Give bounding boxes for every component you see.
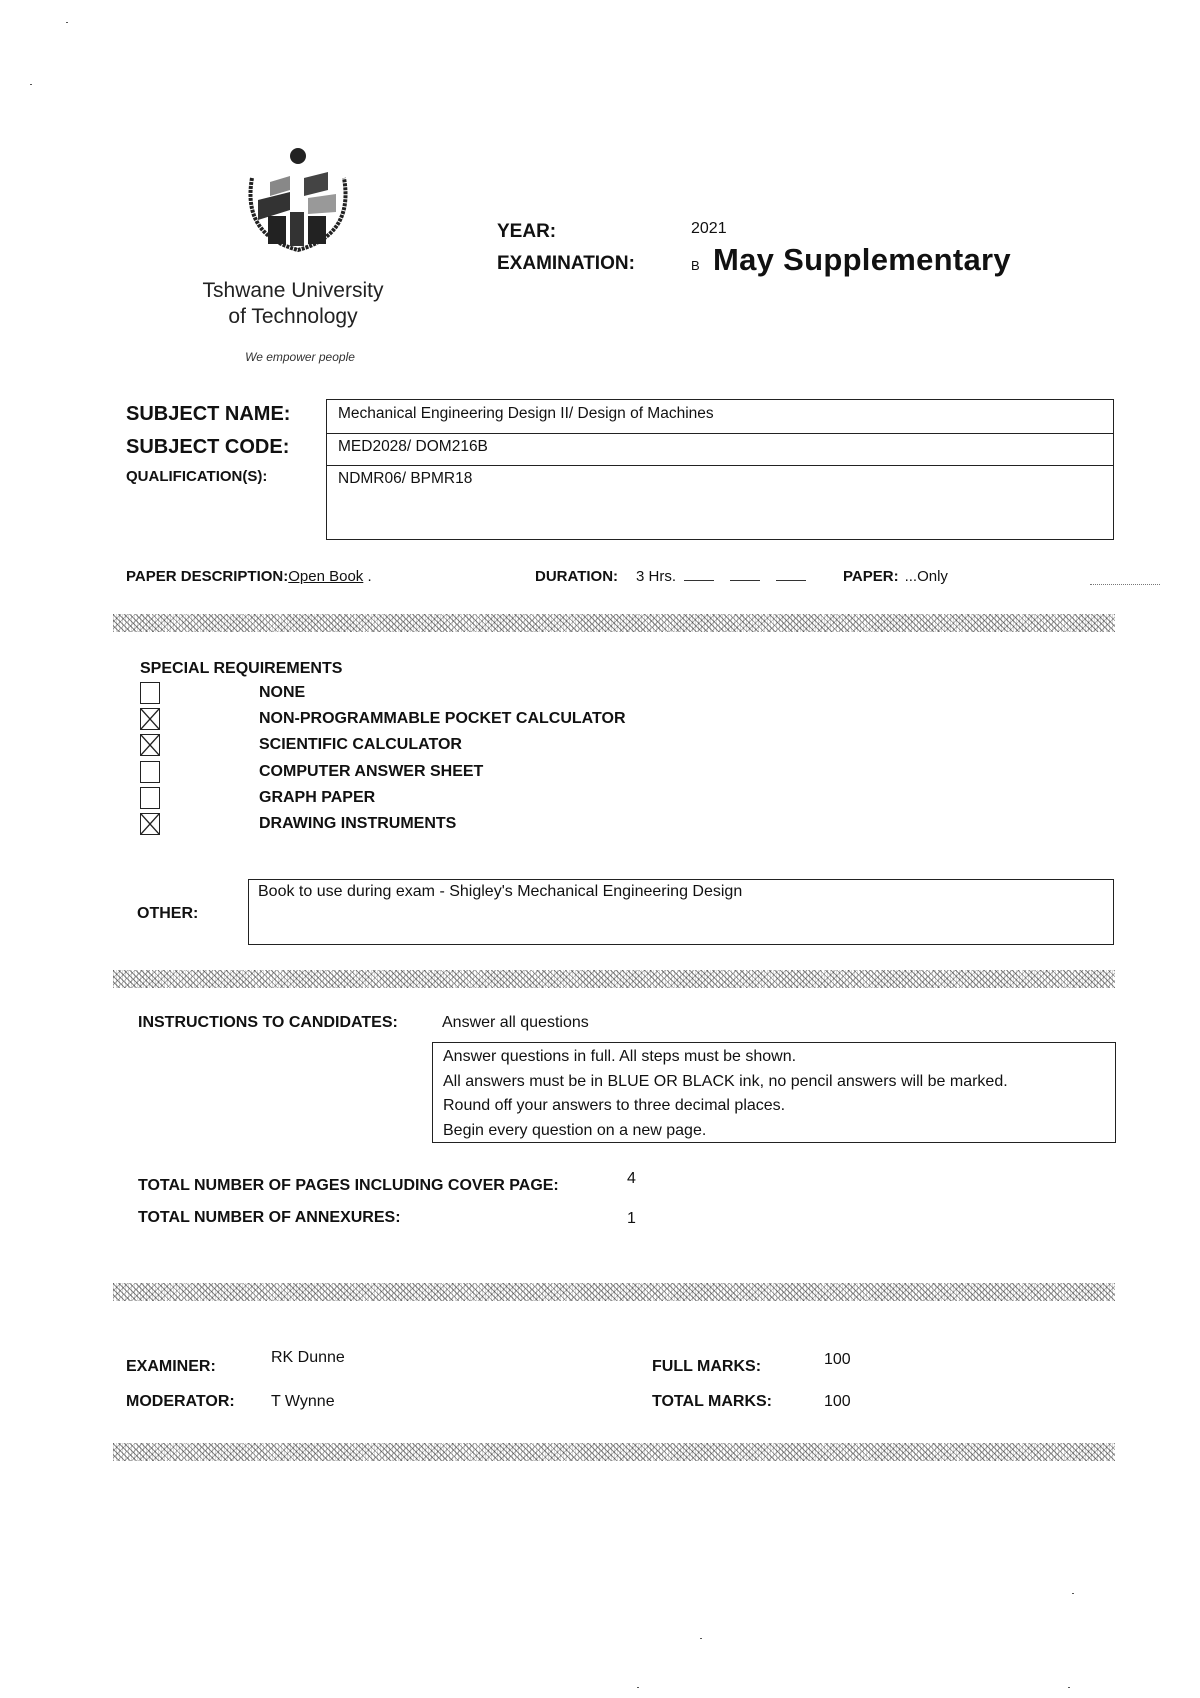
paper-description-label: PAPER DESCRIPTION: [126, 568, 288, 585]
requirement-label: NONE [259, 684, 305, 702]
examination-label: EXAMINATION: [497, 253, 635, 275]
requirement-label: NON-PROGRAMMABLE POCKET CALCULATOR [259, 710, 626, 728]
total-annexures-label: TOTAL NUMBER OF ANNEXURES: [138, 1209, 401, 1227]
special-requirements-title: SPECIAL REQUIREMENTS [140, 660, 342, 678]
year-label: YEAR: [497, 221, 556, 243]
paper-description: PAPER DESCRIPTION:Open Book . [126, 568, 372, 585]
separator [113, 970, 1115, 988]
instructions-box: Answer questions in full. All steps must… [432, 1042, 1116, 1143]
checked-checkbox[interactable] [140, 813, 160, 835]
blank-line [684, 580, 714, 581]
instruction-line: Round off your answers to three decimal … [443, 1094, 1105, 1119]
requirement-row: SCIENTIFIC CALCULATOR [140, 734, 740, 758]
requirement-label: GRAPH PAPER [259, 789, 375, 807]
examiner-label: EXAMINER: [126, 1358, 216, 1376]
requirement-label: COMPUTER ANSWER SHEET [259, 763, 483, 781]
examination-prefix: B [691, 258, 700, 273]
requirement-label: DRAWING INSTRUMENTS [259, 815, 456, 833]
scan-speck [66, 22, 68, 23]
duration-value: 3 Hrs. [636, 568, 676, 585]
year-value: 2021 [691, 220, 727, 238]
scan-speck [1068, 1687, 1070, 1688]
cross-icon [141, 735, 159, 755]
paper-description-value: Open Book [288, 568, 363, 585]
instruction-line: Begin every question on a new page. [443, 1119, 1105, 1144]
total-annexures-value: 1 [627, 1210, 636, 1228]
requirement-row: NON-PROGRAMMABLE POCKET CALCULATOR [140, 708, 740, 732]
subject-table: Mechanical Engineering Design II/ Design… [326, 399, 1114, 540]
other-value: Book to use during exam - Shigley's Mech… [248, 879, 1114, 945]
instruction-line: Answer questions in full. All steps must… [443, 1045, 1105, 1070]
subject-name-label: SUBJECT NAME: [126, 403, 290, 426]
scan-speck [30, 84, 32, 85]
subject-code-value: MED2028/ DOM216B [327, 434, 1113, 466]
institution-name: Tshwane University of Technology [168, 278, 418, 330]
institution-name-line2: of Technology [168, 304, 418, 330]
blank-line [730, 580, 760, 581]
separator [113, 1283, 1115, 1301]
instruction-line: All answers must be in BLUE OR BLACK ink… [443, 1070, 1105, 1095]
cross-icon [141, 814, 159, 834]
instructions-label: INSTRUCTIONS TO CANDIDATES: [138, 1014, 398, 1032]
paper-value: ...Only [905, 568, 948, 585]
requirement-label: SCIENTIFIC CALCULATOR [259, 736, 462, 754]
full-marks-value: 100 [824, 1351, 851, 1369]
university-crest-icon [228, 140, 368, 270]
total-pages-label: TOTAL NUMBER OF PAGES INCLUDING COVER PA… [138, 1177, 559, 1195]
dotted-line [1090, 584, 1160, 585]
requirement-row: COMPUTER ANSWER SHEET [140, 761, 740, 785]
blank-line [776, 580, 806, 581]
separator [113, 1443, 1115, 1461]
other-label: OTHER: [137, 905, 198, 923]
full-marks-label: FULL MARKS: [652, 1358, 761, 1376]
scan-speck [637, 1687, 639, 1688]
separator [113, 614, 1115, 632]
examiner-value: RK Dunne [271, 1349, 345, 1367]
cross-icon [141, 709, 159, 729]
total-pages-value: 4 [627, 1170, 636, 1188]
total-marks-label: TOTAL MARKS: [652, 1393, 772, 1411]
checked-checkbox[interactable] [140, 734, 160, 756]
unchecked-checkbox[interactable] [140, 787, 160, 809]
instructions-heading: Answer all questions [442, 1014, 589, 1032]
institution-tagline: We empower people [200, 350, 400, 364]
institution-name-line1: Tshwane University [168, 278, 418, 304]
qualification-label: QUALIFICATION(S): [126, 468, 267, 485]
unchecked-checkbox[interactable] [140, 761, 160, 783]
qualification-value: NDMR06/ BPMR18 [327, 466, 1113, 540]
scan-speck [1072, 1593, 1074, 1594]
total-marks-value: 100 [824, 1393, 851, 1411]
moderator-value: T Wynne [271, 1393, 335, 1411]
scan-speck [700, 1638, 702, 1639]
requirement-row: DRAWING INSTRUMENTS [140, 813, 740, 837]
paper-label: PAPER: [843, 568, 899, 585]
duration-label: DURATION: [535, 568, 618, 585]
checked-checkbox[interactable] [140, 708, 160, 730]
moderator-label: MODERATOR: [126, 1393, 235, 1411]
unchecked-checkbox[interactable] [140, 682, 160, 704]
paper-type: PAPER:...Only [843, 568, 948, 585]
requirement-row: NONE [140, 682, 740, 706]
duration: DURATION:3 Hrs. [535, 568, 814, 585]
subject-name-value: Mechanical Engineering Design II/ Design… [327, 400, 1113, 434]
examination-value: May Supplementary [713, 242, 1011, 278]
requirement-row: GRAPH PAPER [140, 787, 740, 811]
subject-code-label: SUBJECT CODE: [126, 436, 289, 459]
